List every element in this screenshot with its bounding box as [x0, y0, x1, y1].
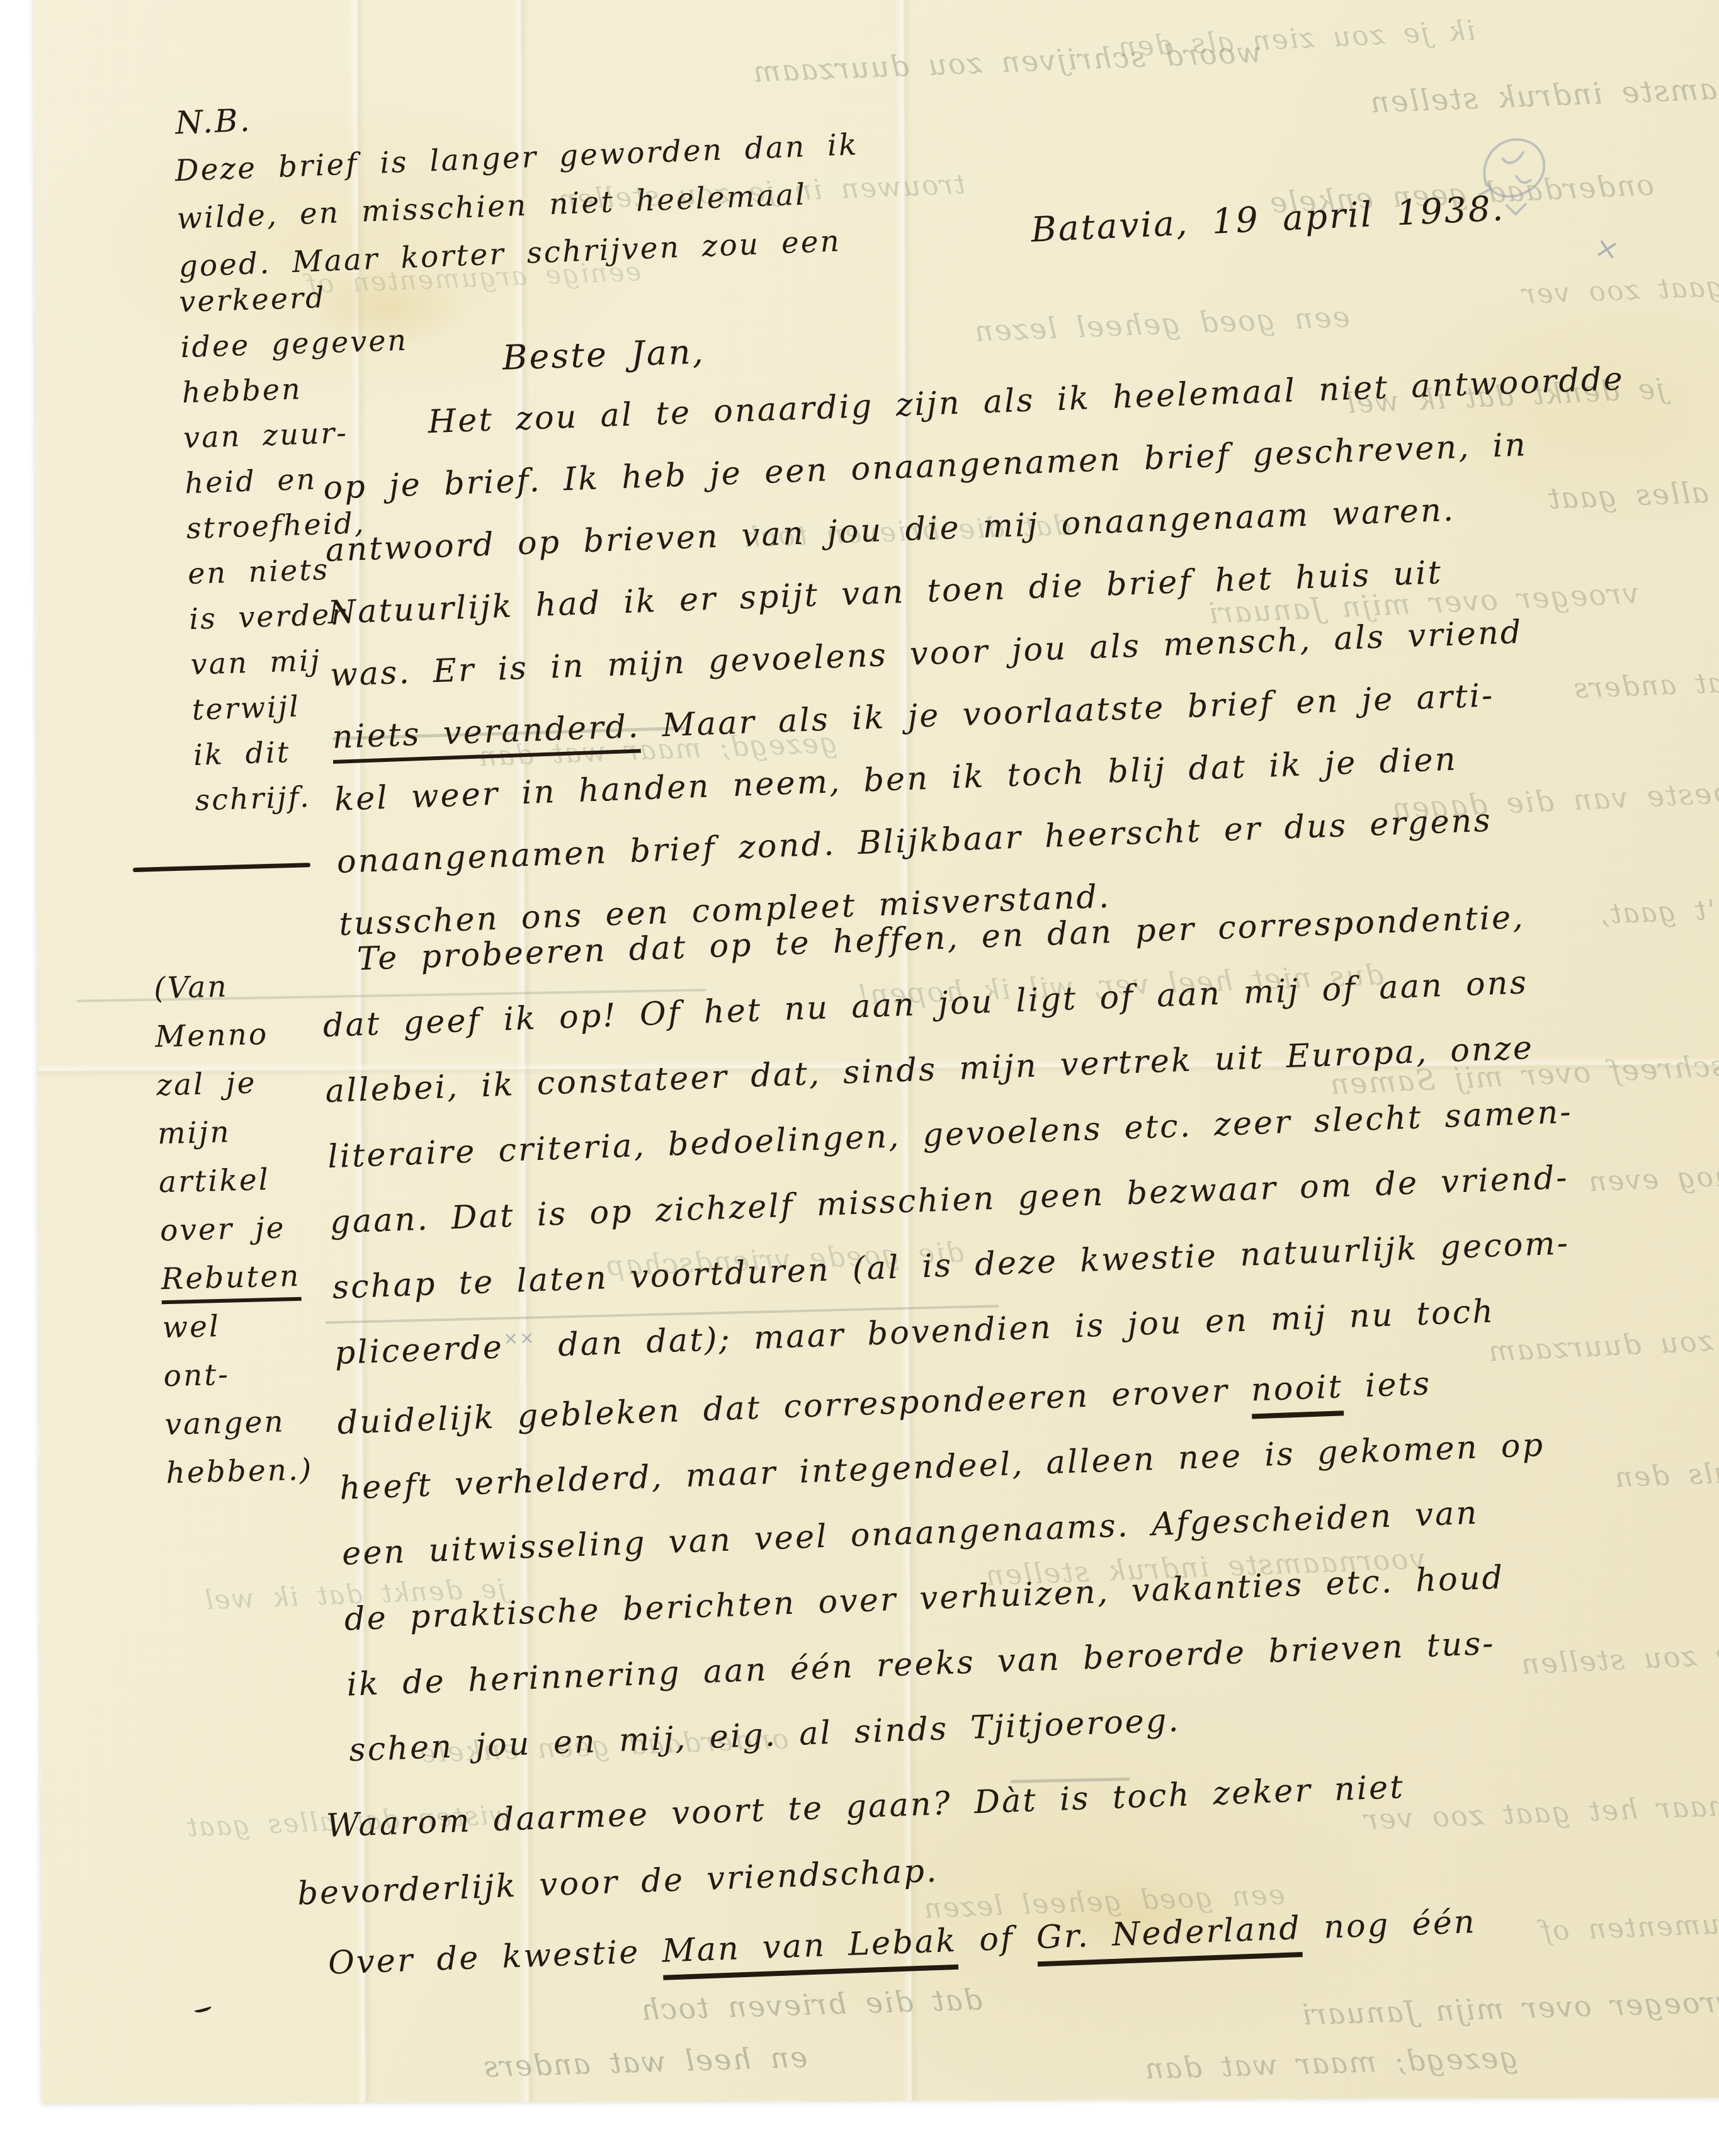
salutation: Beste Jan, [502, 332, 706, 378]
text-segment: Menno [155, 1017, 269, 1054]
text-segment: Over de kwestie [327, 1933, 662, 1982]
margin-divider-line [133, 863, 310, 872]
letter-paper: woord schrijven zou duurzaamik je zou zi… [34, 0, 1719, 2104]
text-segment: pliceerde [334, 1329, 504, 1372]
underlined-text: niets veranderd. [332, 708, 641, 764]
text-segment: zal je [156, 1065, 257, 1103]
text-segment: hebben [181, 372, 302, 409]
letter-line: ont- [163, 1348, 311, 1400]
text-segment: ont- [163, 1358, 230, 1394]
ghost-line: dat die brieven toch [639, 1982, 983, 2026]
letter-line: idee gegeven [180, 317, 409, 370]
ghost-line: maar het gaat zoo ver [1521, 264, 1719, 310]
text-segment: nog één [1301, 1904, 1477, 1947]
text-segment: vangen [164, 1405, 285, 1443]
text-segment: mijn [157, 1115, 231, 1151]
body-paragraph-1: Het zou al te onaardig zijn als ik heele… [320, 348, 1643, 956]
letter-line: vangen [164, 1397, 312, 1449]
underlined-text: Man van Lebak [661, 1922, 958, 1980]
text-segment: verkeerd [179, 280, 327, 319]
letter-line: mijn [157, 1106, 305, 1159]
text-segment: of [956, 1919, 1037, 1960]
letter-line: zal je [156, 1058, 304, 1110]
underlined-text: nooit [1251, 1368, 1344, 1419]
pencil-double-cross-mark: ×× [503, 1327, 536, 1349]
text-segment: (Van [154, 970, 229, 1006]
ghost-line: aan het slot nog even [1587, 1152, 1719, 1198]
letter-line: artikel [158, 1155, 306, 1207]
pencil-x-mark: × [1592, 229, 1623, 268]
letter-line: hebben.) [166, 1445, 314, 1497]
letter-line: wel [162, 1300, 310, 1353]
ghost-line: ik je zou zien als den [1116, 14, 1476, 64]
ghost-line: ik je zou zien als den [1613, 1448, 1719, 1494]
text-segment: ik dit [193, 735, 290, 772]
ghost-line: vroeger over mijn Januari [1300, 1985, 1719, 2032]
ghost-line: maar het gaat zoo ver [1363, 1789, 1719, 1837]
text-segment: van mij [190, 643, 322, 681]
body-paragraph-2: Te probeeren dat op te heffen, en dan pe… [319, 883, 1595, 1784]
ghost-line: voornaamste indruk stellen [1368, 68, 1719, 120]
margin-note-menno: (VanMennozal jemijnartikelover jeRebuten… [153, 961, 314, 1498]
text-segment: idee gegeven [180, 323, 409, 364]
underlined-text: Rebuten [161, 1259, 301, 1304]
letter-line: over je [159, 1203, 307, 1256]
ghost-line: gezegd; maar wat dan [1143, 2040, 1519, 2085]
ink-speck [193, 2003, 212, 2014]
text-segment: en niets [187, 552, 330, 591]
text-segment: artikel [158, 1162, 270, 1200]
text-segment: heid en [184, 462, 317, 500]
text-segment: terwijl [191, 689, 300, 727]
date-line: Batavia, 19 april 1938. [1030, 188, 1506, 249]
text-segment: over je [159, 1210, 286, 1248]
text-segment: bevorderlijk voor de vriendschap. [297, 1852, 939, 1913]
letter-line: verkeerd [178, 272, 407, 324]
margin-note-wide-lines: Deze brief is langer geworden dan ikwild… [174, 121, 863, 291]
letter-line: Menno [154, 1009, 302, 1062]
underlined-text: Gr. Nederland [1036, 1910, 1303, 1966]
margin-note-heading: N.B. [174, 102, 252, 142]
text-segment: hebben.) [166, 1452, 314, 1490]
text-segment: iets [1342, 1365, 1432, 1405]
letter-line: (Van [153, 961, 301, 1013]
ghost-line: een goed geheel lezen [973, 300, 1351, 348]
text-segment: schrijf. [195, 780, 312, 817]
text-segment: is verder [189, 597, 347, 636]
scanned-letter-page: woord schrijven zou duurzaamik je zou zi… [0, 0, 1719, 2156]
letter-line: Rebuten [161, 1252, 309, 1304]
text-segment: wel [162, 1309, 220, 1345]
ghost-line: eenige argumenten of [1540, 1902, 1719, 1947]
